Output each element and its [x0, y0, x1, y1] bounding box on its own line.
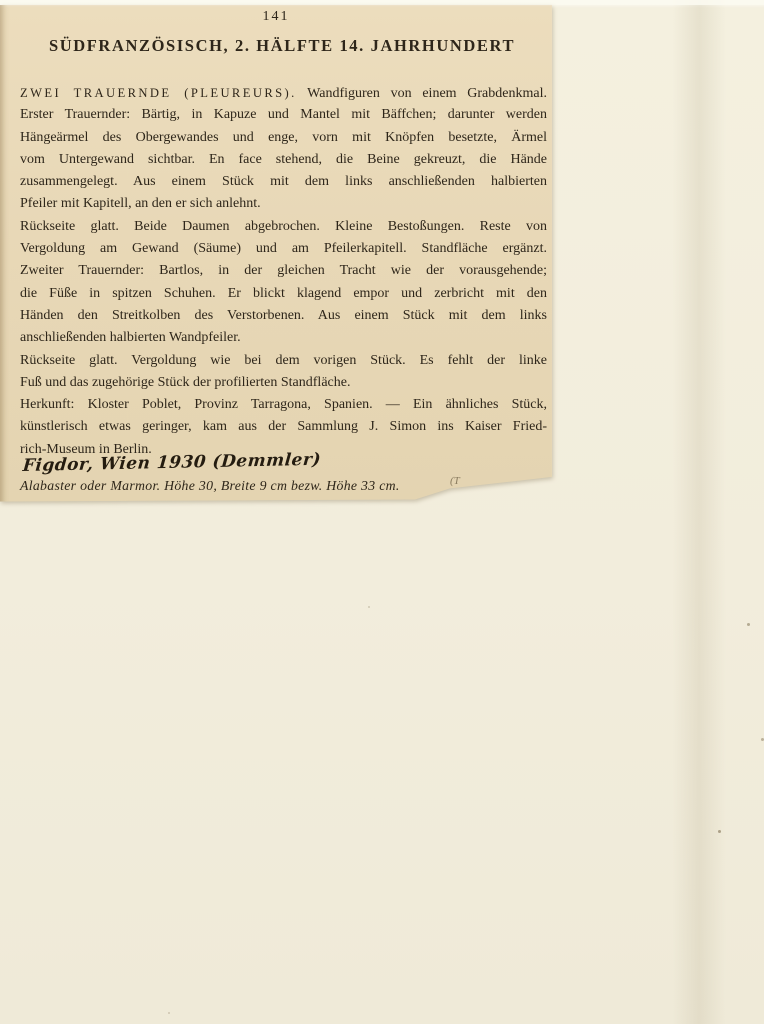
paper-speck	[747, 623, 750, 626]
entry-line: Händen den Streitkolben des Verstorbenen…	[20, 305, 547, 327]
entry-line: die Füße in spitzen Schuhen. Er blickt k…	[20, 283, 547, 305]
entry-line: Vergoldung am Gewand (Säume) und am Pfei…	[20, 238, 547, 260]
entry-line: Fuß und das zugehörige Stück der profili…	[20, 372, 547, 394]
paper-speck	[168, 1012, 170, 1014]
entry-line: vom Untergewand sichtbar. En face stehen…	[20, 149, 547, 171]
entry-line: Rückseite glatt. Beide Daumen abgebroche…	[20, 216, 547, 238]
entry-first-line: ZWEI TRAUERNDE (PLEUREURS). Wandfiguren …	[20, 82, 547, 104]
scan-top-edge-highlight	[0, 0, 764, 5]
entry-line: Rückseite glatt. Vergoldung wie bei dem …	[20, 350, 547, 372]
materials-dimensions-line: Alabaster oder Marmor. Höhe 30, Breite 9…	[20, 478, 480, 494]
paper-speck	[718, 830, 721, 833]
entry-line: Zweiter Trauernder: Bartlos, in der glei…	[20, 260, 547, 282]
entry-body-lines: ZWEI TRAUERNDE (PLEUREURS). Wandfiguren …	[20, 82, 547, 461]
entry-line: Hängeärmel des Obergewandes und enge, vo…	[20, 127, 547, 149]
page-number: 141	[0, 9, 552, 25]
paper-speck	[368, 606, 370, 608]
scanned-page: 141 SÜDFRANZÖSISCH, 2. HÄLFTE 14. JAHRHU…	[0, 0, 764, 1024]
entry-line: künstlerisch etwas geringer, kam aus der…	[20, 416, 547, 438]
entry-line: Erster Trauernder: Bärtig, in Kapuze und…	[20, 104, 547, 126]
torn-print-fragment: (T	[450, 475, 460, 487]
entry-line: Pfeiler mit Kapitell, an den er sich anl…	[20, 193, 547, 215]
entry-line: Herkunft: Kloster Poblet, Provinz Tarrag…	[20, 394, 547, 416]
entry-line: anschließenden halbierten Wandpfeiler.	[20, 327, 547, 349]
entry-lead-caps: ZWEI TRAUERNDE (PLEUREURS).	[20, 86, 297, 100]
catalog-clipping: 141 SÜDFRANZÖSISCH, 2. HÄLFTE 14. JAHRHU…	[0, 5, 552, 507]
page-title: SÜDFRANZÖSISCH, 2. HÄLFTE 14. JAHRHUNDER…	[6, 36, 558, 56]
entry-line: zusammengelegt. Aus einem Stück mit dem …	[20, 171, 547, 193]
entry-lead-rest: Wandfiguren von einem Grabdenkmal.	[297, 86, 547, 101]
